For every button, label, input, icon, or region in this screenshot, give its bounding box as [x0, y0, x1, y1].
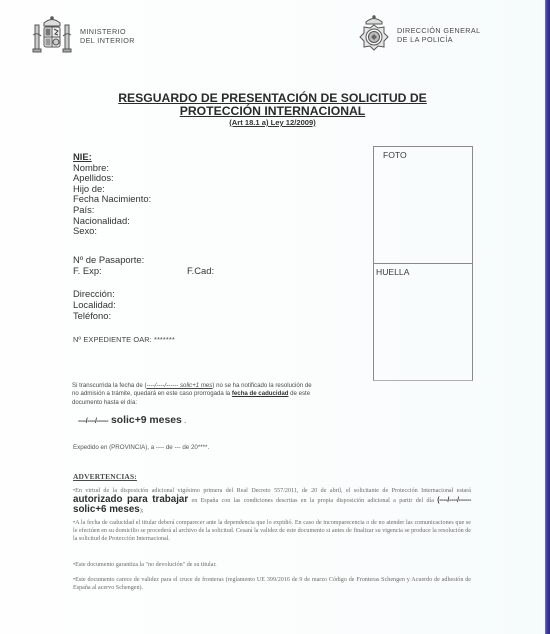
field-f-exp: F. Exp: — [73, 266, 144, 277]
expiry-date-label: fecha de caducidad — [232, 390, 289, 397]
notice-text-1: Si transcurrida la fecha de ( — [72, 382, 147, 389]
extended-date-dashes: ----/----/------ — [78, 418, 108, 425]
document-page: MINISTERIO DEL INTERIOR DIRECCIÓN GENERA… — [0, 0, 545, 634]
notice-date-placeholder: ----/----/------ solic+1 mes — [147, 382, 213, 389]
fingerprint-label: HUELLA — [376, 267, 409, 277]
page-edge-border — [545, 0, 550, 634]
passport-fields: Nº de Pasaporte: F. Exp: — [73, 255, 144, 277]
nie-label: NIE: — [73, 152, 151, 163]
field-localidad: Localidad: — [73, 300, 116, 311]
extended-date-end: . — [182, 416, 186, 425]
warning-expiry-appearance: •A la fecha de caducidad el titular debe… — [73, 520, 471, 544]
legal-reference: (Art 18.1 a) Ley 12/2009) — [0, 118, 545, 128]
fingerprint-box: HUELLA — [373, 263, 473, 381]
warning-1-end: ); — [140, 508, 144, 514]
police-header: DIRECCIÓN GENERAL DE LA POLICÍA — [357, 14, 480, 56]
document-title: RESGUARDO DE PRESENTACIÓN DE SOLICITUD D… — [0, 92, 545, 128]
photo-label: FOTO — [383, 150, 407, 160]
issued-in: Expedido en (PROVINCIA), a ---- de --- d… — [73, 444, 209, 451]
warning-1-text-b: en España con las condiciones descritas … — [188, 498, 437, 504]
ministry-line-1: MINISTERIO — [80, 27, 135, 36]
title-line-2: PROTECCIÓN INTERNACIONAL — [0, 105, 545, 118]
police-line-1: DIRECCIÓN GENERAL — [397, 26, 480, 35]
extension-notice: Si transcurrida la fecha de (----/----/-… — [72, 382, 312, 407]
police-line-2: DE LA POLICÍA — [397, 35, 480, 44]
warning-non-refoulement: •Este documento garantiza la "no devoluc… — [73, 562, 471, 570]
extended-date-value: solic+9 meses — [108, 415, 182, 426]
field-f-cad: F.Cad: — [187, 266, 214, 277]
coat-of-arms-icon — [30, 15, 74, 57]
field-expediente-oar: Nº EXPEDIENTE OAR: ******* — [73, 335, 175, 344]
extended-expiry: ----/----/------ solic+9 meses . — [78, 415, 186, 426]
warnings-heading: ADVERTENCIAS: — [73, 472, 137, 481]
police-name: DIRECCIÓN GENERAL DE LA POLICÍA — [397, 26, 480, 44]
warning-work-authorization: •En virtud de la disposición adicional v… — [73, 488, 471, 516]
personal-data-fields: NIE: Nombre: Apellidos: Hijo de: Fecha N… — [73, 152, 151, 237]
ministry-name: MINISTERIO DEL INTERIOR — [80, 27, 135, 45]
ministry-line-2: DEL INTERIOR — [80, 36, 135, 45]
field-sexo: Sexo: — [73, 226, 151, 237]
photo-box: FOTO — [373, 146, 473, 264]
field-pais: País: — [73, 205, 151, 216]
field-telefono: Teléfono: — [73, 311, 116, 322]
police-badge-icon — [357, 14, 391, 56]
ministry-header: MINISTERIO DEL INTERIOR — [30, 15, 135, 57]
warning-border-crossing: •Este documento carece de validez para e… — [73, 577, 471, 593]
work-date-value: solic+6 meses — [73, 504, 140, 515]
address-fields: Dirección: Localidad: Teléfono: — [73, 289, 116, 321]
work-date-dashes: (----/----/------ — [437, 497, 471, 504]
